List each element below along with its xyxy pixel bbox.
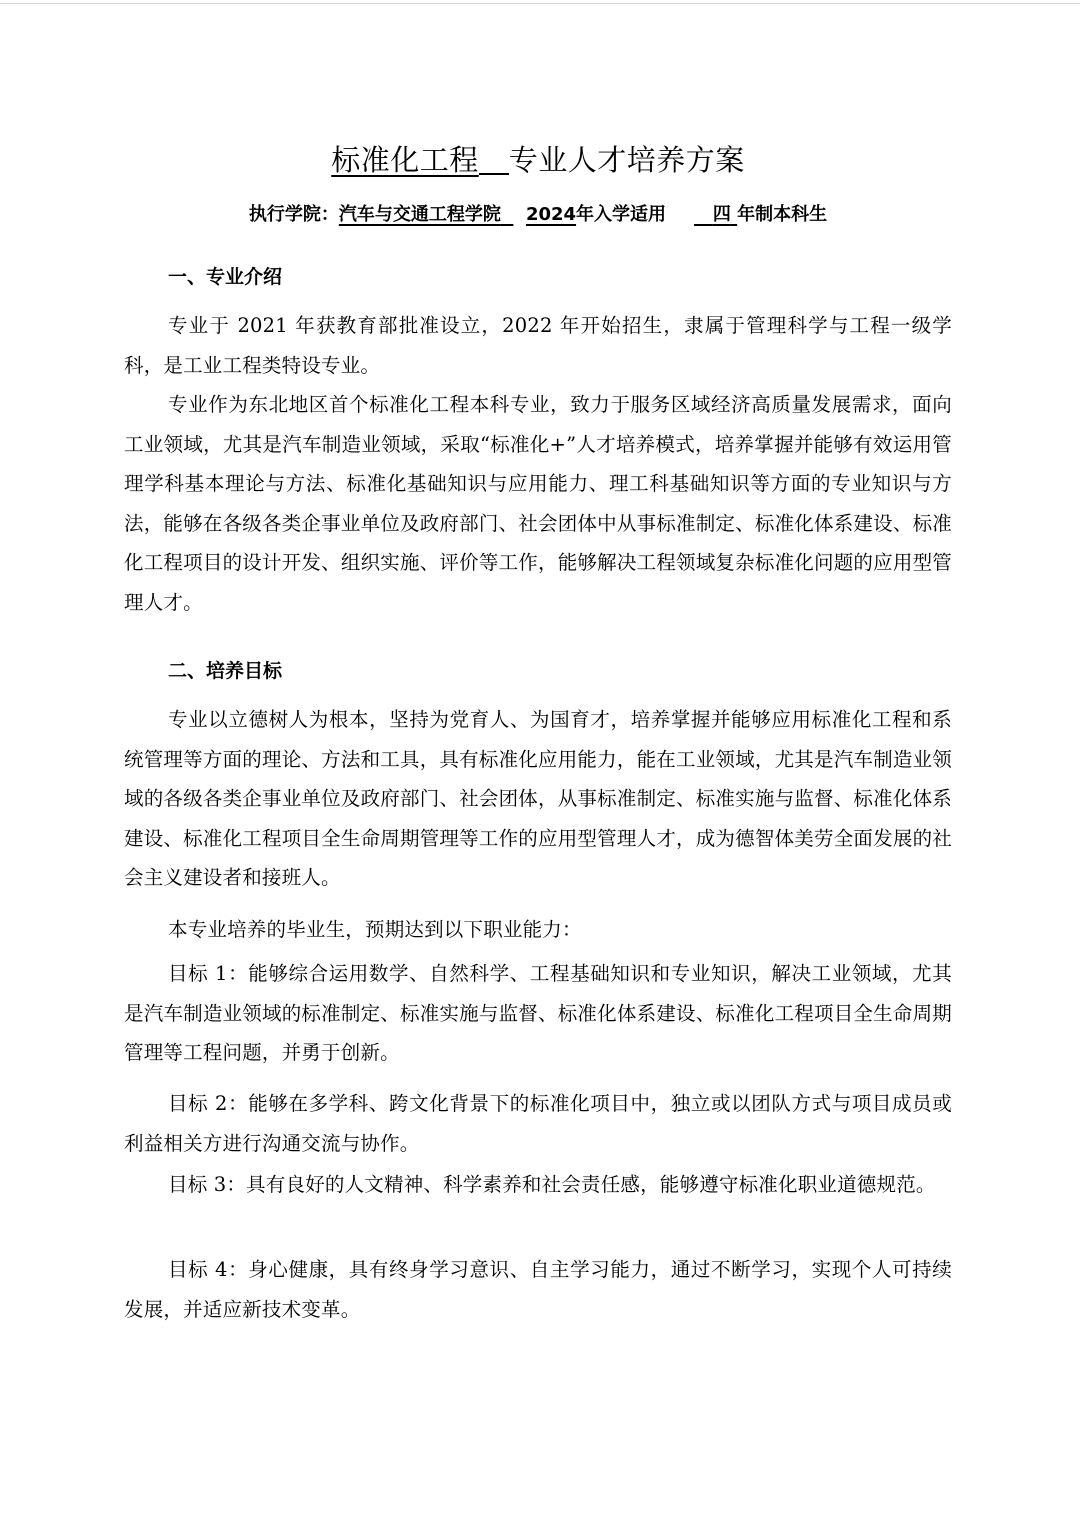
goal-1: 目标 1：能够综合运用数学、自然科学、工程基础知识和专业知识，解决工业领域，尤其… bbox=[124, 954, 952, 1073]
goal-2: 目标 2：能够在多学科、跨文化背景下的标准化项目中，独立或以团队方式与项目成员或… bbox=[124, 1084, 952, 1163]
duration-value: 四 bbox=[694, 204, 737, 225]
document-subtitle: 执行学院：汽车与交通工程学院 2024年入学适用 四 年制本科生 bbox=[124, 202, 952, 228]
document-title: 标准化工程专业人才培养方案 bbox=[124, 140, 952, 180]
college-value: 汽车与交通工程学院 bbox=[339, 204, 514, 225]
section-heading-goals: 二、培养目标 bbox=[168, 656, 282, 686]
intro-paragraph-1: 专业于 2021 年获教育部批准设立，2022 年开始招生，隶属于管理科学与工程… bbox=[124, 306, 952, 385]
goals-paragraph-2: 本专业培养的毕业生，预期达到以下职业能力： bbox=[124, 910, 952, 950]
intro-paragraph-2: 专业作为东北地区首个标准化工程本科专业，致力于服务区域经济高质量发展需求，面向工… bbox=[124, 385, 952, 622]
duration-suffix: 年制本科生 bbox=[737, 204, 827, 225]
section-heading-intro: 一、专业介绍 bbox=[168, 262, 282, 292]
title-underline-blank bbox=[479, 143, 509, 175]
college-label: 执行学院： bbox=[249, 204, 339, 225]
major-name: 标准化工程 bbox=[331, 143, 479, 177]
goal-4: 目标 4：身心健康，具有终身学习意识、自主学习能力，通过不断学习，实现个人可持续… bbox=[124, 1250, 952, 1329]
goal-3: 目标 3：具有良好的人文精神、科学素养和社会责任感，能够遵守标准化职业道德规范。 bbox=[124, 1165, 952, 1205]
page-top-border bbox=[0, 3, 1080, 4]
year-value: 2024 bbox=[526, 204, 576, 225]
goals-paragraph-1: 专业以立德树人为根本，坚持为党育人、为国育才，培养掌握并能够应用标准化工程和系统… bbox=[124, 700, 952, 898]
year-suffix: 年入学适用 bbox=[576, 204, 666, 225]
title-rest: 专业人才培养方案 bbox=[509, 143, 745, 177]
